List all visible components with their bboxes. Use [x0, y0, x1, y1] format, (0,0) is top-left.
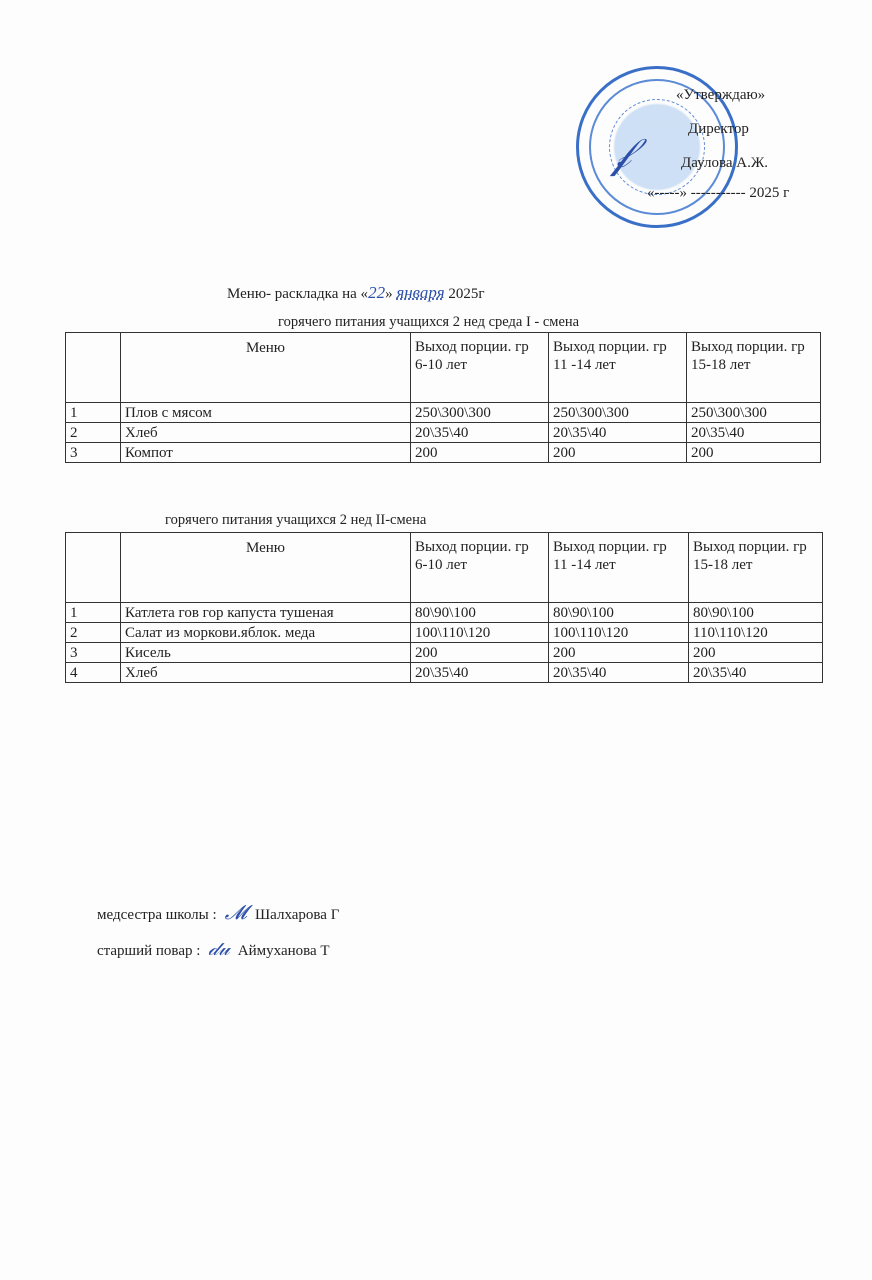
portion-15-18: 200: [687, 443, 821, 463]
portion-15-18: 110\110\120: [689, 623, 823, 643]
dish-name: Хлеб: [121, 663, 411, 683]
col-6-10-header: Выход порции. гр 6-10 лет: [411, 333, 549, 403]
portion-11-14: 80\90\100: [549, 603, 689, 623]
title-month: января: [396, 283, 444, 302]
portion-15-18: 250\300\300: [687, 403, 821, 423]
shift2-menu-table: Меню Выход порции. гр 6-10 лет Выход пор…: [65, 532, 823, 683]
col-menu-header: Меню: [121, 333, 411, 403]
col-15-18-header: Выход порции. гр 15-18 лет: [689, 533, 823, 603]
nurse-signature-line: медсестра школы :𝓜Шалхарова Г: [97, 902, 339, 925]
nurse-signature: 𝓜: [225, 902, 247, 925]
col-num-header: [66, 533, 121, 603]
table-row: 3Компот200200200: [66, 443, 821, 463]
table-row: 1Катлета гов гор капуста тушеная80\90\10…: [66, 603, 823, 623]
nurse-role: медсестра школы :: [97, 907, 217, 923]
col-11-14-header: Выход порции. гр 11 -14 лет: [549, 333, 687, 403]
shift2-subtitle: горячего питания учащихся 2 нед II-смена: [165, 512, 426, 529]
table-row: 4Хлеб20\35\4020\35\4020\35\40: [66, 663, 823, 683]
cook-signature-line: старший повар :𝒹𝓊Аймуханова Т: [97, 938, 330, 961]
portion-11-14: 100\110\120: [549, 623, 689, 643]
row-number: 2: [66, 623, 121, 643]
portion-6-10: 200: [411, 443, 549, 463]
row-number: 1: [66, 403, 121, 423]
portion-6-10: 20\35\40: [411, 423, 549, 443]
portion-11-14: 200: [549, 643, 689, 663]
approve-label: «Утверждаю»: [676, 87, 765, 104]
table-row: 2Салат из моркови.яблок. меда100\110\120…: [66, 623, 823, 643]
row-number: 4: [66, 663, 121, 683]
col-15-18-header: Выход порции. гр 15-18 лет: [687, 333, 821, 403]
director-position: Директор: [688, 121, 749, 138]
portion-6-10: 20\35\40: [411, 663, 549, 683]
dish-name: Салат из моркови.яблок. меда: [121, 623, 411, 643]
table-row: 1Плов с мясом250\300\300250\300\300250\3…: [66, 403, 821, 423]
dish-name: Компот: [121, 443, 411, 463]
row-number: 1: [66, 603, 121, 623]
table-row: 3Кисель200200200: [66, 643, 823, 663]
cook-role: старший повар :: [97, 943, 200, 959]
portion-6-10: 200: [411, 643, 549, 663]
dish-name: Хлеб: [121, 423, 411, 443]
row-number: 3: [66, 643, 121, 663]
col-11-14-header: Выход порции. гр 11 -14 лет: [549, 533, 689, 603]
row-number: 2: [66, 423, 121, 443]
portion-11-14: 200: [549, 443, 687, 463]
cook-signature: 𝒹𝓊: [208, 938, 229, 961]
portion-11-14: 20\35\40: [549, 423, 687, 443]
approval-date: «-----» ----------- 2025 г: [647, 185, 789, 202]
portion-11-14: 20\35\40: [549, 663, 689, 683]
portion-6-10: 80\90\100: [411, 603, 549, 623]
col-num-header: [66, 333, 121, 403]
title-middle: »: [385, 286, 396, 302]
page-title: Меню- раскладка на «22» января 2025г: [227, 283, 485, 303]
director-signature: 𝒻: [612, 128, 631, 178]
portion-15-18: 200: [689, 643, 823, 663]
portion-6-10: 250\300\300: [411, 403, 549, 423]
dish-name: Катлета гов гор капуста тушеная: [121, 603, 411, 623]
director-name: Даулова А.Ж.: [681, 155, 768, 172]
table-header-row: Меню Выход порции. гр 6-10 лет Выход пор…: [66, 533, 823, 603]
dish-name: Кисель: [121, 643, 411, 663]
title-suffix: 2025г: [445, 286, 485, 302]
portion-15-18: 80\90\100: [689, 603, 823, 623]
portion-6-10: 100\110\120: [411, 623, 549, 643]
col-6-10-header: Выход порции. гр 6-10 лет: [411, 533, 549, 603]
nurse-name: Шалхарова Г: [255, 907, 339, 923]
table-header-row: Меню Выход порции. гр 6-10 лет Выход пор…: [66, 333, 821, 403]
portion-15-18: 20\35\40: [689, 663, 823, 683]
cook-name: Аймуханова Т: [238, 943, 330, 959]
title-day: 22: [368, 283, 385, 302]
portion-11-14: 250\300\300: [549, 403, 687, 423]
table-row: 2Хлеб20\35\4020\35\4020\35\40: [66, 423, 821, 443]
shift1-menu-table: Меню Выход порции. гр 6-10 лет Выход пор…: [65, 332, 821, 463]
portion-15-18: 20\35\40: [687, 423, 821, 443]
shift1-subtitle: горячего питания учащихся 2 нед среда I …: [278, 314, 579, 331]
title-prefix: Меню- раскладка на «: [227, 286, 368, 302]
col-menu-header: Меню: [121, 533, 411, 603]
dish-name: Плов с мясом: [121, 403, 411, 423]
row-number: 3: [66, 443, 121, 463]
